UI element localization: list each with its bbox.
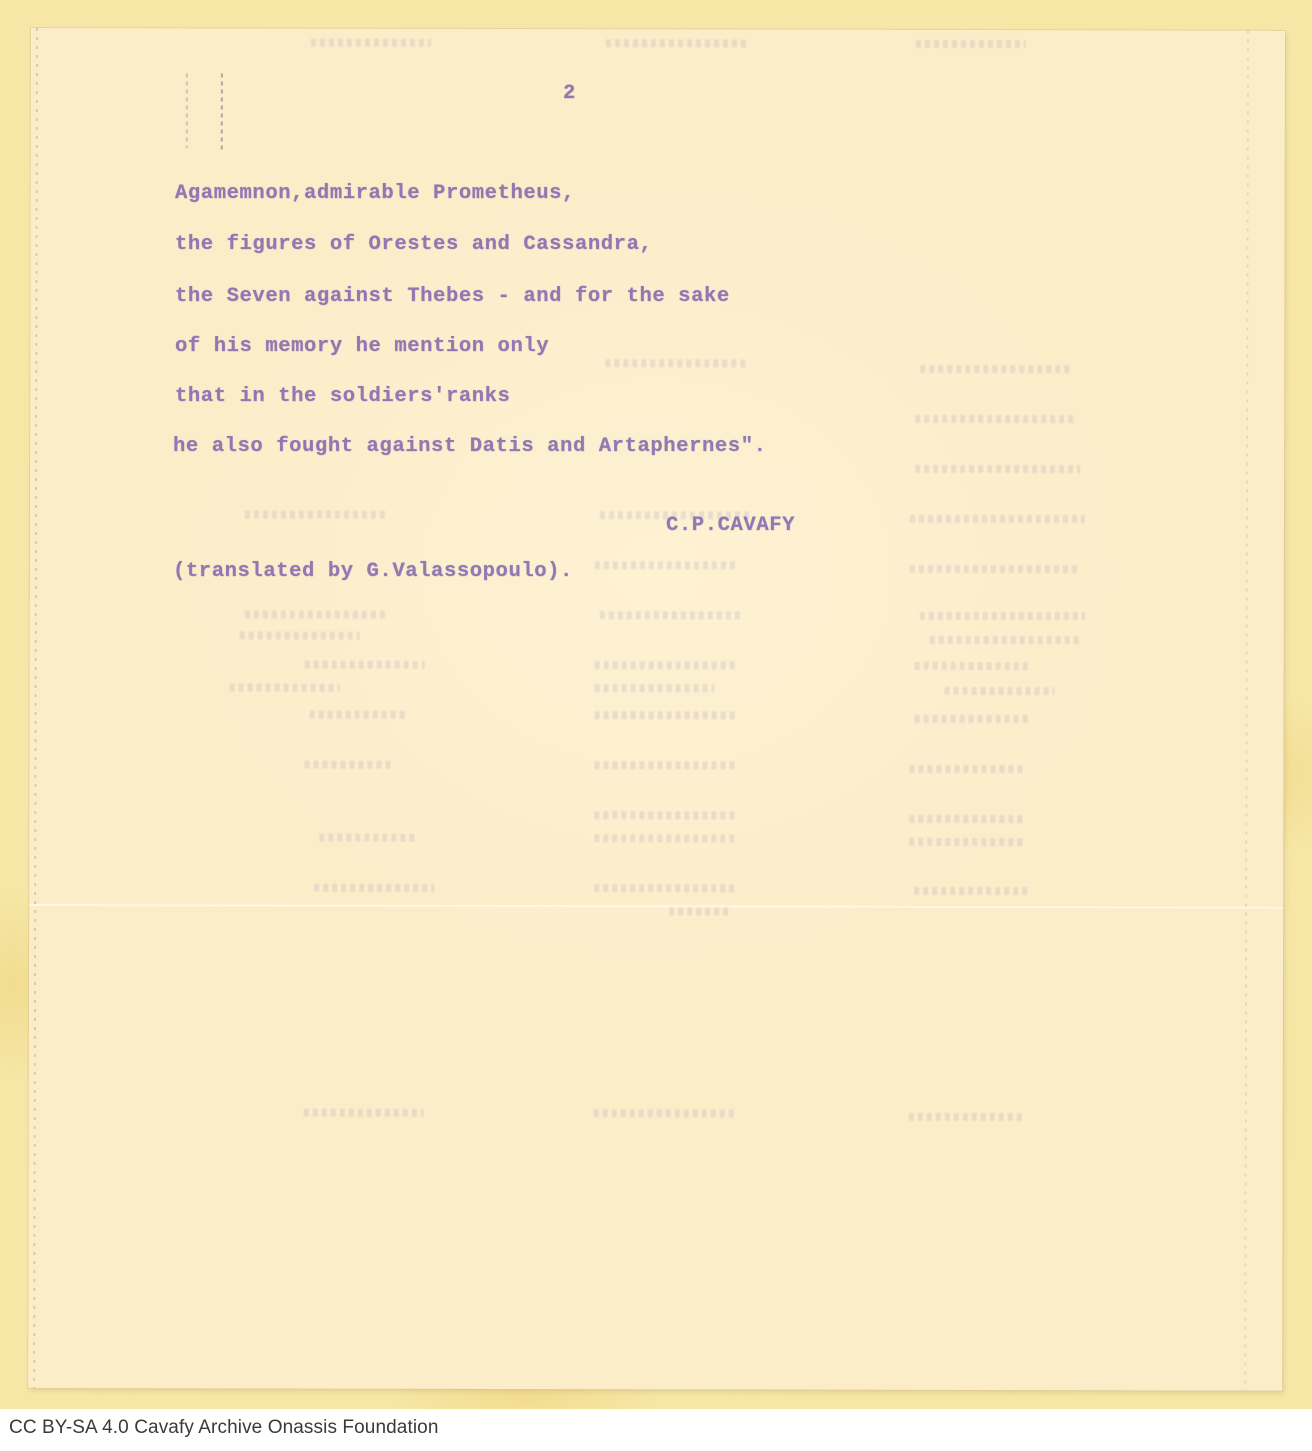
poem-line: of his memory he mention only xyxy=(175,335,549,358)
poem-line: that in the soldiers'ranks xyxy=(175,385,510,408)
translator-note: (translated by G.Valassopoulo). xyxy=(173,560,573,583)
margin-tick xyxy=(186,73,188,148)
footer-bar: CC BY-SA 4.0 Cavafy Archive Onassis Foun… xyxy=(0,1409,1312,1451)
poem-line: the figures of Orestes and Cassandra, xyxy=(175,233,652,256)
license-credit: CC BY-SA 4.0 Cavafy Archive Onassis Foun… xyxy=(9,1417,439,1439)
author-signature: C.P.CAVAFY xyxy=(666,514,795,537)
page-number: 2 xyxy=(563,82,576,105)
left-margin-mark xyxy=(33,28,38,1388)
margin-tick xyxy=(221,73,223,153)
poem-line: he also fought against Datis and Artaphe… xyxy=(173,435,767,458)
poem-line: the Seven against Thebes - and for the s… xyxy=(175,285,730,308)
paper-fold-line xyxy=(29,904,1283,909)
right-margin-mark xyxy=(1244,31,1249,1391)
poem-line: Agamemnon,admirable Prometheus, xyxy=(175,182,575,205)
